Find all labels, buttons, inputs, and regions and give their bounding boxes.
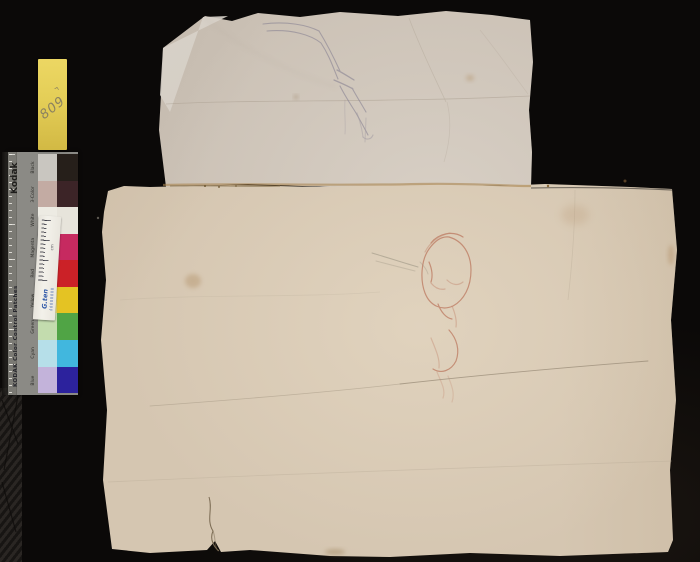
patch-solid-swatch: [57, 154, 78, 181]
patch-label: Black: [30, 154, 38, 181]
fabric-shadow: [0, 388, 22, 562]
patch-label: Cyan: [30, 340, 38, 367]
patch-label: White: [30, 207, 38, 234]
patch-tint-swatch: [38, 367, 57, 394]
ruler-unit-label: cm: [49, 244, 54, 250]
patch-solid-swatch: [57, 313, 78, 340]
patch-row: Blue: [30, 367, 78, 394]
note-handwritten-number: 809: [37, 94, 68, 122]
patch-solid-swatch: [57, 181, 78, 208]
ruler-maker-smalltext: [49, 288, 53, 310]
patch-row: 3-Color: [30, 181, 78, 208]
patch-label: 3-Color: [30, 181, 38, 208]
kodak-strip-title: KODAK Color Control Patches: [11, 205, 21, 387]
patch-label: Blue: [30, 367, 38, 394]
patch-solid-swatch: [57, 367, 78, 394]
patch-tint-swatch: [38, 154, 57, 181]
kodak-brand-label: Kodak: [9, 157, 22, 199]
patch-row: Black: [30, 154, 78, 181]
patch-tint-swatch: [38, 340, 57, 367]
patch-solid-swatch: [57, 340, 78, 367]
ruler-major-ticks: [38, 220, 51, 282]
patch-tint-swatch: [38, 181, 57, 208]
sticky-note: ^ 809: [38, 59, 67, 150]
patch-row: Cyan: [30, 340, 78, 367]
patch-solid-swatch: [57, 234, 78, 261]
photo-canvas: Black3-ColorWhiteMagentaRedYellowGreenCy…: [0, 0, 700, 562]
patch-solid-swatch: [57, 260, 78, 287]
patch-solid-swatch: [57, 287, 78, 314]
